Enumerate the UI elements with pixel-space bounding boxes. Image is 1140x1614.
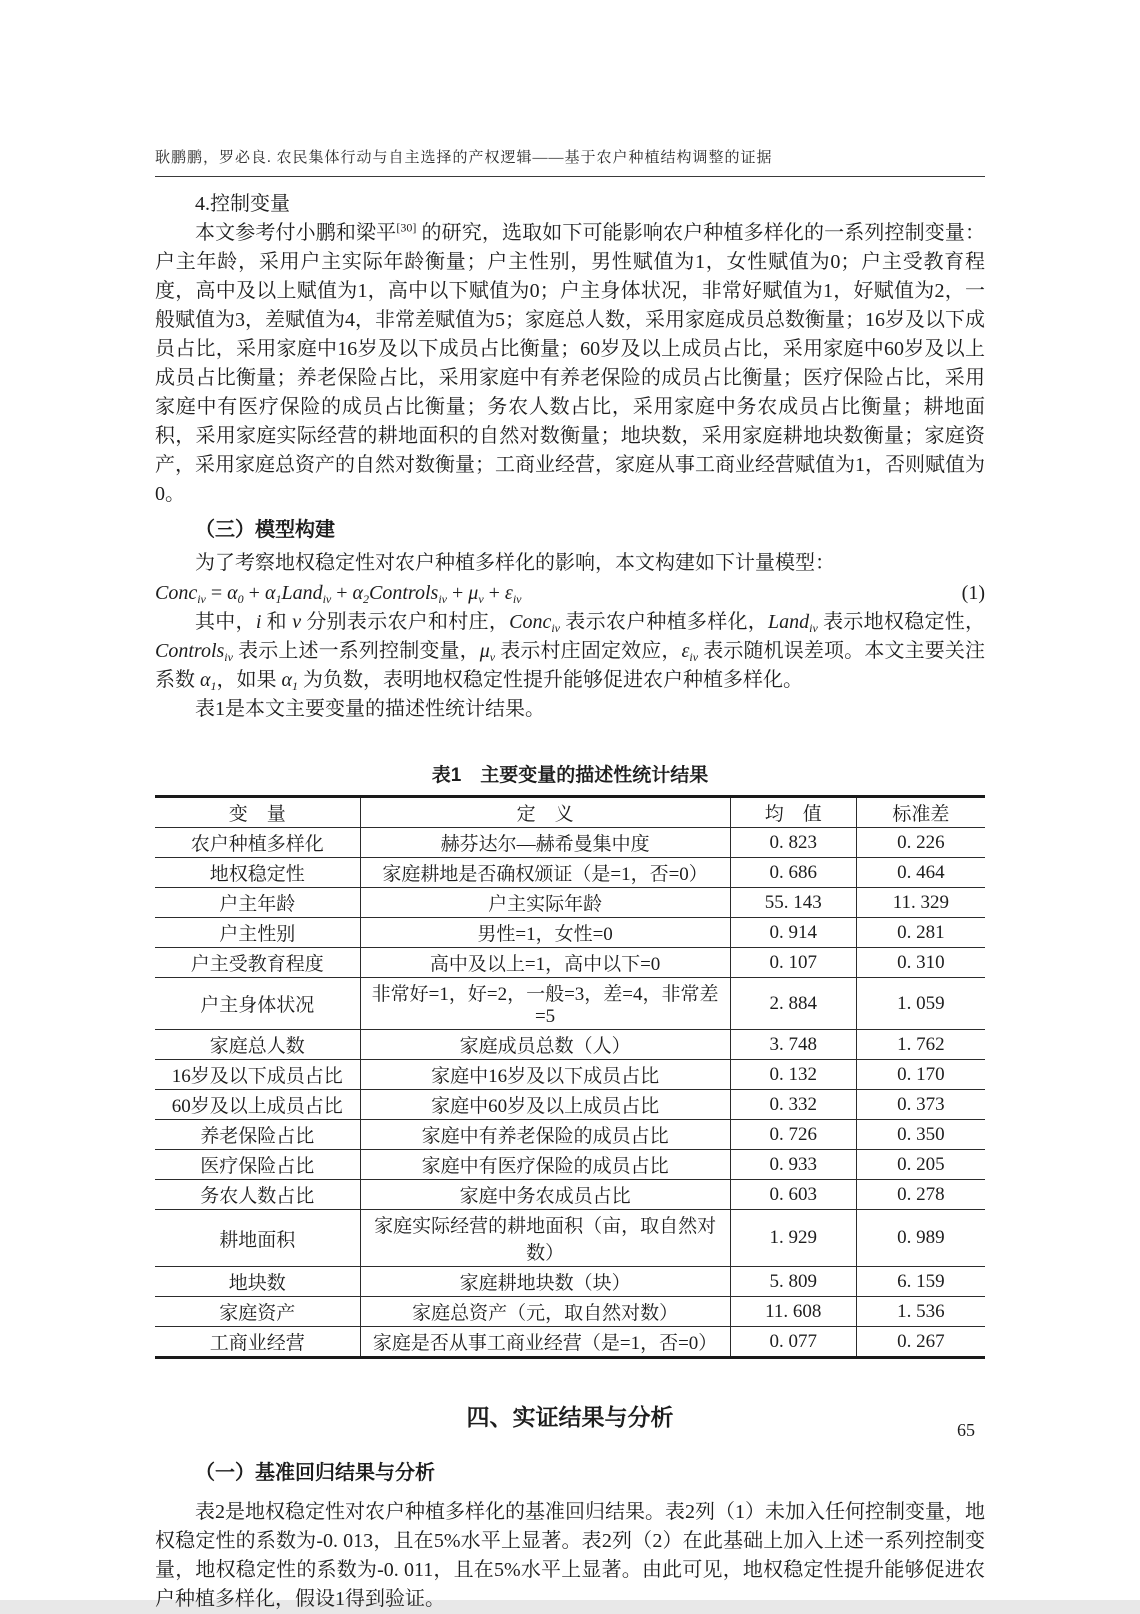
- math-sub: iv: [438, 592, 447, 606]
- table1: 变 量 定 义 均 值 标准差 农户种植多样化赫芬达尔—赫希曼集中度0. 823…: [155, 795, 985, 1359]
- table-row: 工商业经营家庭是否从事工商业经营（是=1，否=0）0. 0770. 267: [155, 1327, 985, 1358]
- paragraph-text: 和: [261, 611, 292, 633]
- math-op: +: [331, 582, 352, 604]
- math-op: =: [206, 582, 227, 604]
- paragraph-text: 其中，: [195, 611, 256, 633]
- cell-mean: 11. 608: [730, 1297, 856, 1327]
- cell-mean: 0. 823: [730, 828, 856, 858]
- cell-variable: 务农人数占比: [155, 1180, 360, 1210]
- cell-definition: 家庭耕地是否确权颁证（是=1，否=0）: [360, 858, 730, 888]
- subsection-4-heading: 4.控制变量: [155, 189, 985, 219]
- cell-mean: 0. 726: [730, 1120, 856, 1150]
- math-sub: iv: [224, 650, 233, 664]
- math-op: +: [484, 582, 505, 604]
- cell-sd: 0. 310: [856, 948, 985, 978]
- math-var: μ: [468, 582, 478, 604]
- math-op: +: [244, 582, 265, 604]
- math-var: Controls: [155, 640, 224, 662]
- cell-variable: 户主年龄: [155, 888, 360, 918]
- paragraph-text: 的研究，选取如下可能影响农户种植多样化的一系列控制变量：户主年龄，采用户主实际年…: [155, 222, 985, 505]
- cell-mean: 0. 914: [730, 918, 856, 948]
- cell-mean: 0. 132: [730, 1060, 856, 1090]
- paragraph-text: 表示上述一系列控制变量，: [233, 640, 480, 662]
- cell-sd: 0. 205: [856, 1150, 985, 1180]
- math-var: α: [353, 582, 364, 604]
- cell-sd: 0. 464: [856, 858, 985, 888]
- table1-body: 农户种植多样化赫芬达尔—赫希曼集中度0. 8230. 226地权稳定性家庭耕地是…: [155, 828, 985, 1358]
- cell-sd: 1. 536: [856, 1297, 985, 1327]
- equation-body: Conciv = α0 + α1Landiv + α2Controlsiv + …: [155, 578, 521, 608]
- table-row: 户主年龄户主实际年龄55. 14311. 329: [155, 888, 985, 918]
- math-var: α: [265, 582, 276, 604]
- cell-sd: 0. 373: [856, 1090, 985, 1120]
- table-row: 地块数家庭耕地块数（块）5. 8096. 159: [155, 1267, 985, 1297]
- math-var: v: [292, 611, 301, 633]
- cell-mean: 0. 107: [730, 948, 856, 978]
- cell-variable: 户主身体状况: [155, 978, 360, 1030]
- table-row: 户主性别男性=1，女性=00. 9140. 281: [155, 918, 985, 948]
- equation-number: (1): [962, 578, 985, 608]
- math-sub: iv: [197, 592, 206, 606]
- cell-mean: 55. 143: [730, 888, 856, 918]
- math-var: Land: [768, 611, 809, 633]
- cell-definition: 家庭耕地块数（块）: [360, 1267, 730, 1297]
- cell-definition: 家庭中16岁及以下成员占比: [360, 1060, 730, 1090]
- cell-sd: 0. 989: [856, 1210, 985, 1267]
- cell-sd: 1. 059: [856, 978, 985, 1030]
- cell-variable: 耕地面积: [155, 1210, 360, 1267]
- math-sub: iv: [323, 592, 332, 606]
- cell-sd: 1. 762: [856, 1030, 985, 1060]
- cell-variable: 农户种植多样化: [155, 828, 360, 858]
- cell-sd: 11. 329: [856, 888, 985, 918]
- cell-variable: 地权稳定性: [155, 858, 360, 888]
- cell-mean: 0. 603: [730, 1180, 856, 1210]
- paragraph-text: 表示地权稳定性，: [818, 611, 985, 633]
- math-var: Land: [281, 582, 322, 604]
- paragraph-text: 分别表示农户和村庄，: [301, 611, 509, 633]
- cell-definition: 家庭中60岁及以上成员占比: [360, 1090, 730, 1120]
- cell-mean: 5. 809: [730, 1267, 856, 1297]
- table-row: 家庭总人数家庭成员总数（人）3. 7481. 762: [155, 1030, 985, 1060]
- paragraph-text: 为负数，表明地权稳定性提升能够促进农户种植多样化。: [298, 669, 803, 691]
- running-head: 耿鹏鹏，罗必良. 农民集体行动与自主选择的产权逻辑——基于农户种植结构调整的证据: [155, 146, 985, 177]
- math-var: α: [227, 582, 238, 604]
- table-row: 农户种植多样化赫芬达尔—赫希曼集中度0. 8230. 226: [155, 828, 985, 858]
- math-var: ε: [505, 582, 513, 604]
- math-sub: iv: [551, 621, 560, 635]
- cell-variable: 16岁及以下成员占比: [155, 1060, 360, 1090]
- cell-variable: 户主受教育程度: [155, 948, 360, 978]
- table-row: 地权稳定性家庭耕地是否确权颁证（是=1，否=0）0. 6860. 464: [155, 858, 985, 888]
- table-row: 耕地面积家庭实际经营的耕地面积（亩，取自然对数）1. 9290. 989: [155, 1210, 985, 1267]
- table-row: 16岁及以下成员占比家庭中16岁及以下成员占比0. 1320. 170: [155, 1060, 985, 1090]
- math-var: Conc: [509, 611, 551, 633]
- cell-definition: 家庭中务农成员占比: [360, 1180, 730, 1210]
- citation-ref-30: [30]: [396, 220, 416, 234]
- table-row: 务农人数占比家庭中务农成员占比0. 6030. 278: [155, 1180, 985, 1210]
- cell-sd: 0. 350: [856, 1120, 985, 1150]
- cell-mean: 0. 077: [730, 1327, 856, 1358]
- column-header-mean: 均 值: [730, 797, 856, 828]
- cell-definition: 家庭中有医疗保险的成员占比: [360, 1150, 730, 1180]
- column-header-variable: 变 量: [155, 797, 360, 828]
- cell-sd: 0. 278: [856, 1180, 985, 1210]
- cell-definition: 家庭实际经营的耕地面积（亩，取自然对数）: [360, 1210, 730, 1267]
- column-header-definition: 定 义: [360, 797, 730, 828]
- table1-title: 表1 主要变量的描述性统计结果: [155, 760, 985, 787]
- cell-definition: 男性=1，女性=0: [360, 918, 730, 948]
- table-row: 医疗保险占比家庭中有医疗保险的成员占比0. 9330. 205: [155, 1150, 985, 1180]
- math-sub: iv: [689, 650, 698, 664]
- page-content: 耿鹏鹏，罗必良. 农民集体行动与自主选择的产权逻辑——基于农户种植结构调整的证据…: [155, 146, 985, 1614]
- table-row: 60岁及以上成员占比家庭中60岁及以上成员占比0. 3320. 373: [155, 1090, 985, 1120]
- cell-definition: 家庭中有养老保险的成员占比: [360, 1120, 730, 1150]
- model-section-heading: （三）模型构建: [155, 515, 985, 545]
- cell-variable: 养老保险占比: [155, 1120, 360, 1150]
- cell-definition: 家庭成员总数（人）: [360, 1030, 730, 1060]
- cell-sd: 0. 226: [856, 828, 985, 858]
- math-sub: iv: [513, 592, 522, 606]
- paragraph-text: 本文参考付小鹏和梁平: [195, 222, 396, 244]
- cell-variable: 医疗保险占比: [155, 1150, 360, 1180]
- math-sub: iv: [809, 621, 818, 635]
- paper-page: 耿鹏鹏，罗必良. 农民集体行动与自主选择的产权逻辑——基于农户种植结构调整的证据…: [0, 0, 1140, 1600]
- cell-definition: 高中及以上=1，高中以下=0: [360, 948, 730, 978]
- cell-mean: 0. 332: [730, 1090, 856, 1120]
- cell-definition: 户主实际年龄: [360, 888, 730, 918]
- cell-variable: 家庭资产: [155, 1297, 360, 1327]
- table-row: 养老保险占比家庭中有养老保险的成员占比0. 7260. 350: [155, 1120, 985, 1150]
- math-var: Conc: [155, 582, 197, 604]
- model-intro: 为了考察地权稳定性对农户种植多样化的影响，本文构建如下计量模型：: [155, 549, 985, 578]
- cell-variable: 60岁及以上成员占比: [155, 1090, 360, 1120]
- page-number: 65: [957, 1420, 975, 1441]
- table-row: 户主身体状况非常好=1，好=2，一般=3，差=4，非常差=52. 8841. 0…: [155, 978, 985, 1030]
- cell-definition: 家庭总资产（元，取自然对数）: [360, 1297, 730, 1327]
- cell-mean: 0. 933: [730, 1150, 856, 1180]
- cell-variable: 家庭总人数: [155, 1030, 360, 1060]
- cell-mean: 1. 929: [730, 1210, 856, 1267]
- cell-variable: 户主性别: [155, 918, 360, 948]
- table-intro: 表1是本文主要变量的描述性统计结果。: [155, 695, 985, 724]
- paragraph-text: ，如果: [217, 669, 282, 691]
- paragraph-text: 表示村庄固定效应，: [495, 640, 681, 662]
- math-var: Controls: [369, 582, 438, 604]
- cell-mean: 2. 884: [730, 978, 856, 1030]
- cell-definition: 赫芬达尔—赫希曼集中度: [360, 828, 730, 858]
- equation-1: Conciv = α0 + α1Landiv + α2Controlsiv + …: [155, 578, 985, 608]
- math-var: α: [200, 669, 211, 691]
- cell-definition: 家庭是否从事工商业经营（是=1，否=0）: [360, 1327, 730, 1358]
- cell-variable: 地块数: [155, 1267, 360, 1297]
- cell-mean: 3. 748: [730, 1030, 856, 1060]
- math-var: μ: [480, 640, 490, 662]
- cell-sd: 0. 267: [856, 1327, 985, 1358]
- math-var: α: [282, 669, 293, 691]
- table-row: 家庭资产家庭总资产（元，取自然对数）11. 6081. 536: [155, 1297, 985, 1327]
- controls-paragraph: 本文参考付小鹏和梁平[30] 的研究，选取如下可能影响农户种植多样化的一系列控制…: [155, 219, 985, 509]
- paragraph-text: 表示农户种植多样化，: [560, 611, 768, 633]
- section-4-heading: 四、实证结果与分析: [155, 1399, 985, 1432]
- cell-sd: 6. 159: [856, 1267, 985, 1297]
- math-op: +: [447, 582, 468, 604]
- subsection-1-heading: （一）基准回归结果与分析: [155, 1458, 985, 1488]
- cell-sd: 0. 170: [856, 1060, 985, 1090]
- column-header-sd: 标准差: [856, 797, 985, 828]
- cell-mean: 0. 686: [730, 858, 856, 888]
- cell-definition: 非常好=1，好=2，一般=3，差=4，非常差=5: [360, 978, 730, 1030]
- cell-sd: 0. 281: [856, 918, 985, 948]
- baseline-results-paragraph: 表2是地权稳定性对农户种植多样化的基准回归结果。表2列（1）未加入任何控制变量，…: [155, 1498, 985, 1614]
- cell-variable: 工商业经营: [155, 1327, 360, 1358]
- table-header-row: 变 量 定 义 均 值 标准差: [155, 797, 985, 828]
- table-row: 户主受教育程度高中及以上=1，高中以下=00. 1070. 310: [155, 948, 985, 978]
- equation-explanation: 其中，i 和 v 分别表示农户和村庄，Conciv 表示农户种植多样化，Land…: [155, 608, 985, 695]
